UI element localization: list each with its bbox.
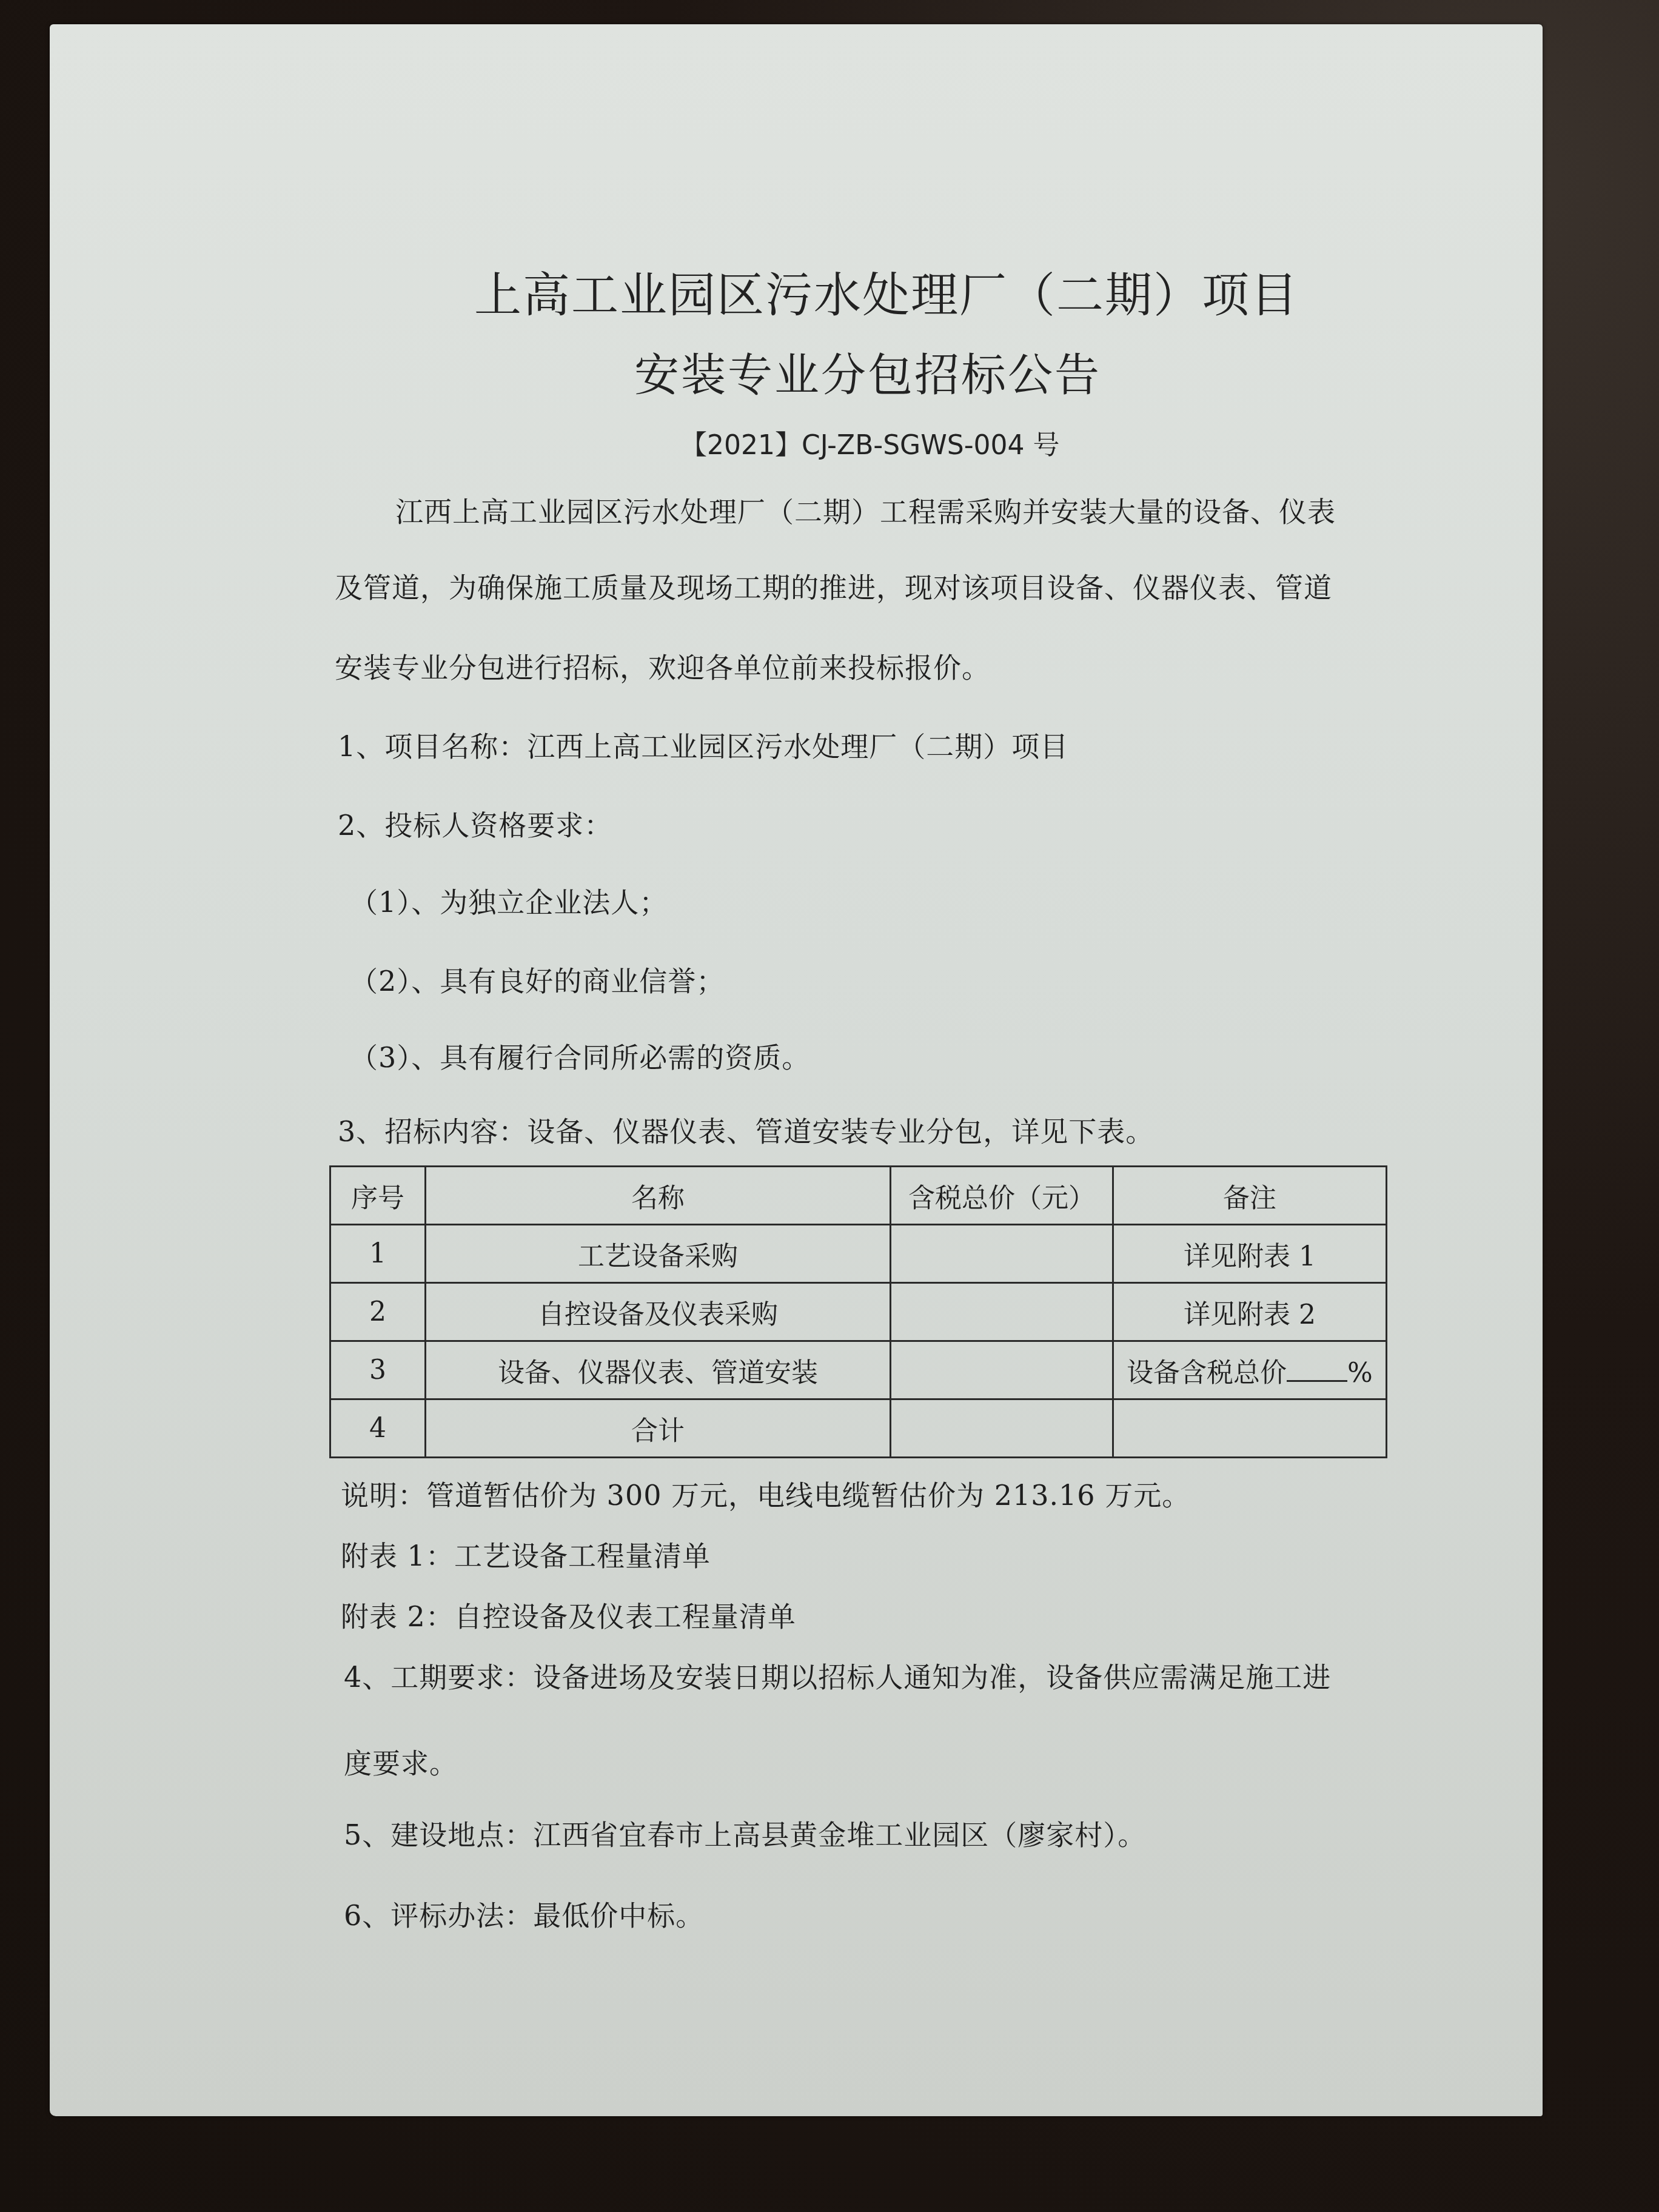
qualification-item-1: （1）、为独立企业法人；	[350, 880, 668, 920]
cell-price	[891, 1283, 1113, 1341]
section-bid-content: 3、招标内容：设备、仪器仪表、管道安装专业分包，详见下表。	[338, 1110, 1154, 1150]
table-row: 4 合计	[330, 1399, 1387, 1458]
header-no: 序号	[330, 1167, 426, 1225]
cell-no: 4	[330, 1399, 426, 1458]
table-row: 2 自控设备及仪表采购 详见附表 2	[330, 1283, 1387, 1341]
cell-name: 工艺设备采购	[426, 1225, 891, 1283]
intro-line-1: 江西上高工业园区污水处理厂（二期）工程需采购并安装大量的设备、仪表	[395, 490, 1336, 530]
price-note: 说明：管道暂估价为 300 万元，电线电缆暂估价为 213.16 万元。	[341, 1473, 1190, 1513]
cell-remark: 详见附表 2	[1113, 1283, 1387, 1341]
title-line-1: 上高工业园区污水处理厂（二期）项目	[474, 258, 1299, 326]
attachment-1: 附表 1：工艺设备工程量清单	[341, 1534, 711, 1574]
section-evaluation-method: 6、评标办法：最低价中标。	[344, 1894, 704, 1934]
cell-remark	[1113, 1399, 1387, 1458]
qualification-item-3: （3）、具有履行合同所必需的资质。	[350, 1036, 810, 1076]
remark-suffix: %	[1347, 1358, 1373, 1389]
header-price: 含税总价（元）	[891, 1167, 1113, 1225]
table-row: 1 工艺设备采购 详见附表 1	[330, 1225, 1387, 1283]
section-schedule-line-2: 度要求。	[344, 1741, 458, 1781]
cell-no: 2	[330, 1283, 426, 1341]
remark-prefix: 设备含税总价	[1127, 1358, 1287, 1389]
cell-name: 合计	[426, 1399, 891, 1458]
table-row: 3 设备、仪器仪表、管道安装 设备含税总价%	[330, 1341, 1387, 1399]
header-name: 名称	[426, 1167, 891, 1225]
title-line-2: 安装专业分包招标公告	[634, 340, 1101, 404]
cell-price	[891, 1341, 1113, 1399]
cell-remark: 设备含税总价%	[1113, 1341, 1387, 1399]
header-remark: 备注	[1113, 1167, 1387, 1225]
cell-name: 设备、仪器仪表、管道安装	[426, 1341, 891, 1399]
bid-items-table: 序号 名称 含税总价（元） 备注 1 工艺设备采购 详见附表 1 2 自控设备及…	[329, 1165, 1387, 1458]
qualification-item-2: （2）、具有良好的商业信誉；	[350, 959, 725, 999]
section-schedule-line-1: 4、工期要求：设备进场及安装日期以招标人通知为准，设备供应需满足施工进	[344, 1655, 1331, 1695]
cell-price	[891, 1399, 1113, 1458]
intro-line-2: 及管道，为确保施工质量及现场工期的推进，现对该项目设备、仪器仪表、管道	[335, 566, 1332, 606]
intro-line-3: 安装专业分包进行招标，欢迎各单位前来投标报价。	[335, 646, 990, 686]
cell-price	[891, 1225, 1113, 1283]
paper-sheet: 上高工业园区污水处理厂（二期）项目 安装专业分包招标公告 【2021】CJ-ZB…	[50, 24, 1543, 2116]
section-location: 5、建设地点：江西省宜春市上高县黄金堆工业园区（廖家村）。	[344, 1813, 1146, 1853]
table-header-row: 序号 名称 含税总价（元） 备注	[330, 1167, 1387, 1225]
cell-name: 自控设备及仪表采购	[426, 1283, 891, 1341]
percentage-blank	[1287, 1362, 1347, 1382]
cell-remark: 详见附表 1	[1113, 1225, 1387, 1283]
section-project-name: 1、项目名称：江西上高工业园区污水处理厂（二期）项目	[338, 725, 1068, 765]
section-bidder-qualification-heading: 2、投标人资格要求：	[338, 803, 612, 843]
attachment-2: 附表 2：自控设备及仪表工程量清单	[341, 1595, 796, 1635]
document-number: 【2021】CJ-ZB-SGWS-004 号	[680, 423, 1060, 462]
cell-no: 1	[330, 1225, 426, 1283]
cell-no: 3	[330, 1341, 426, 1399]
